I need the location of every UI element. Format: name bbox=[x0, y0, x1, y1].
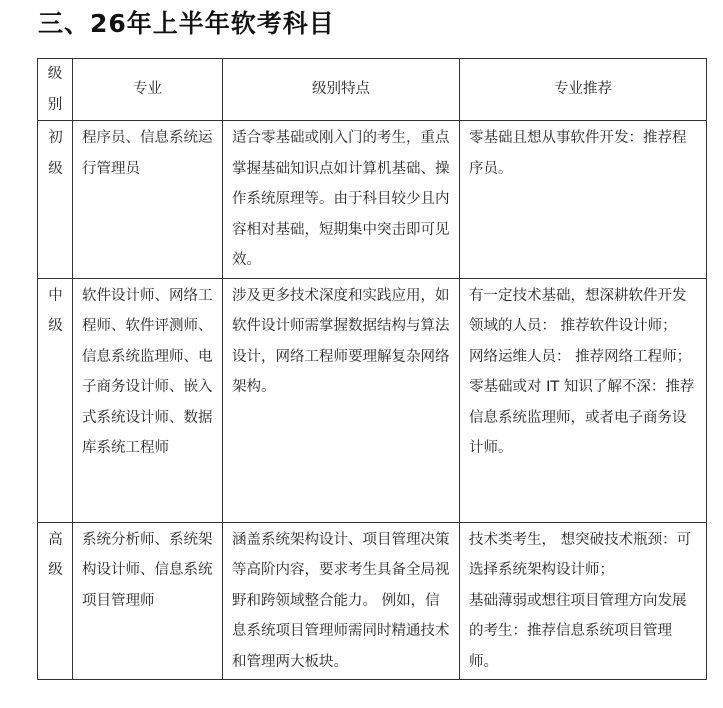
recommend-cell: 有一定技术基础，想深耕软件开发领域的人员： 推荐软件设计师； 网络运维人员： 推… bbox=[460, 278, 707, 522]
level-cell: 高 级 bbox=[38, 522, 73, 680]
major-cell: 程序员、信息系统运行管理员 bbox=[73, 121, 223, 279]
features-cell: 适合零基础或刚入门的考生，重点掌握基础知识点如计算机基础、操作系统原理等。由于科… bbox=[223, 121, 460, 279]
header-recommend: 专业推荐 bbox=[460, 59, 707, 121]
level-cell: 中 级 bbox=[38, 278, 73, 522]
exam-subjects-table: 级 别 专业 级别特点 专业推荐 初 级 程序员、信息系统运行管理员 适合零基础… bbox=[37, 58, 707, 680]
level-cell: 初 级 bbox=[38, 121, 73, 279]
major-cell: 软件设计师、网络工程师、软件评测师、信息系统监理师、电子商务设计师、嵌入式系统设… bbox=[73, 278, 223, 522]
table-row-senior: 高 级 系统分析师、系统架构设计师、信息系统项目管理师 涵盖系统架构设计、项目管… bbox=[38, 522, 707, 680]
table-header-row: 级 别 专业 级别特点 专业推荐 bbox=[38, 59, 707, 121]
table-row-intermediate: 中 级 软件设计师、网络工程师、软件评测师、信息系统监理师、电子商务设计师、嵌入… bbox=[38, 278, 707, 522]
features-cell: 涵盖系统架构设计、项目管理决策等高阶内容，要求考生具备全局视野和跨领域整合能力。… bbox=[223, 522, 460, 680]
major-cell: 系统分析师、系统架构设计师、信息系统项目管理师 bbox=[73, 522, 223, 680]
header-level: 级 别 bbox=[38, 59, 73, 121]
header-features: 级别特点 bbox=[223, 59, 460, 121]
header-major: 专业 bbox=[73, 59, 223, 121]
recommend-cell: 零基础且想从事软件开发：推荐程序员。 bbox=[460, 121, 707, 279]
features-cell: 涉及更多技术深度和实践应用，如软件设计师需掌握数据结构与算法设计，网络工程师要理… bbox=[223, 278, 460, 522]
table-row-junior: 初 级 程序员、信息系统运行管理员 适合零基础或刚入门的考生，重点掌握基础知识点… bbox=[38, 121, 707, 279]
page-title: 三、26年上半年软考科目 bbox=[38, 4, 335, 40]
recommend-cell: 技术类考生， 想突破技术瓶颈：可选择系统架构设计师； 基础薄弱或想往项目管理方向… bbox=[460, 522, 707, 680]
